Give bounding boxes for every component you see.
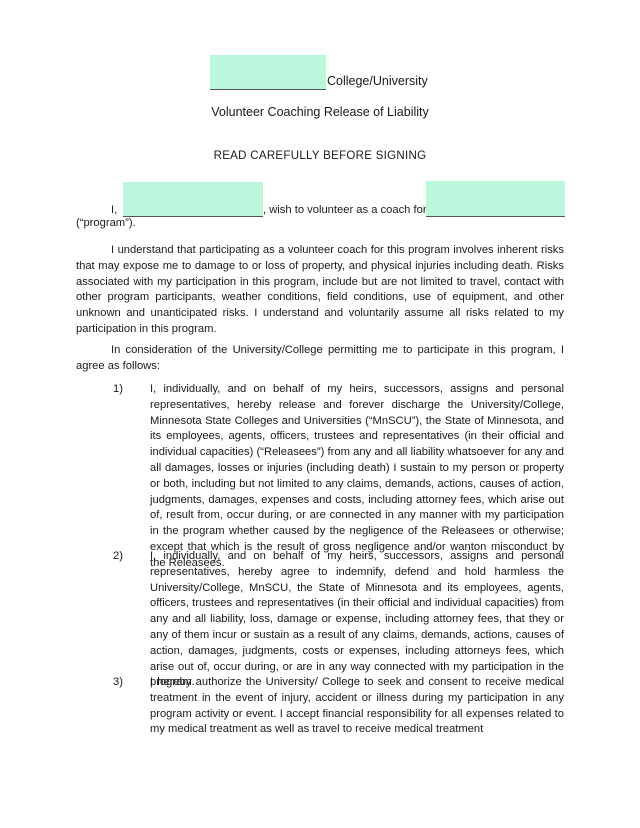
institution-field[interactable] [210, 55, 326, 90]
risk-paragraph: I understand that participating as a vol… [76, 243, 564, 338]
clause-3-text: I hereby authorize the University/ Colle… [150, 675, 564, 738]
institution-suffix: College/University [327, 74, 428, 90]
volunteer-name-field[interactable] [123, 182, 263, 217]
clause-1-text: I, individually, and on behalf of my hei… [150, 382, 564, 572]
intro-suffix: (“program”). [76, 216, 136, 232]
clause-2-text: I, individually, and on behalf of my hei… [150, 549, 564, 691]
clause-1-number: 1) [113, 383, 123, 395]
program-name-field[interactable] [426, 181, 565, 217]
clause-2-number: 2) [113, 550, 123, 562]
read-carefully-notice: READ CAREFULLY BEFORE SIGNING [0, 150, 640, 162]
document-title: Volunteer Coaching Release of Liability [0, 105, 640, 119]
consideration-paragraph: In consideration of the University/Colle… [76, 343, 564, 375]
intro-middle: , wish to volunteer as a coach for [263, 203, 427, 219]
clause-3-number: 3) [113, 676, 123, 688]
